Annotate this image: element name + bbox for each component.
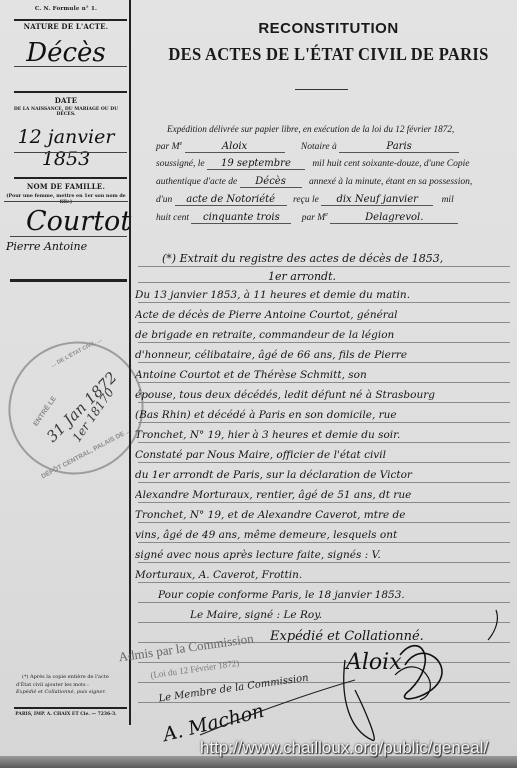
civil-record-document: C. N. Formule n° 1. NATURE DE L'ACTE. Dé… [0,0,517,768]
source-watermark: http://www.chailloux.org/public/geneal/ [200,738,488,758]
signature-flourish-icon [0,0,517,768]
